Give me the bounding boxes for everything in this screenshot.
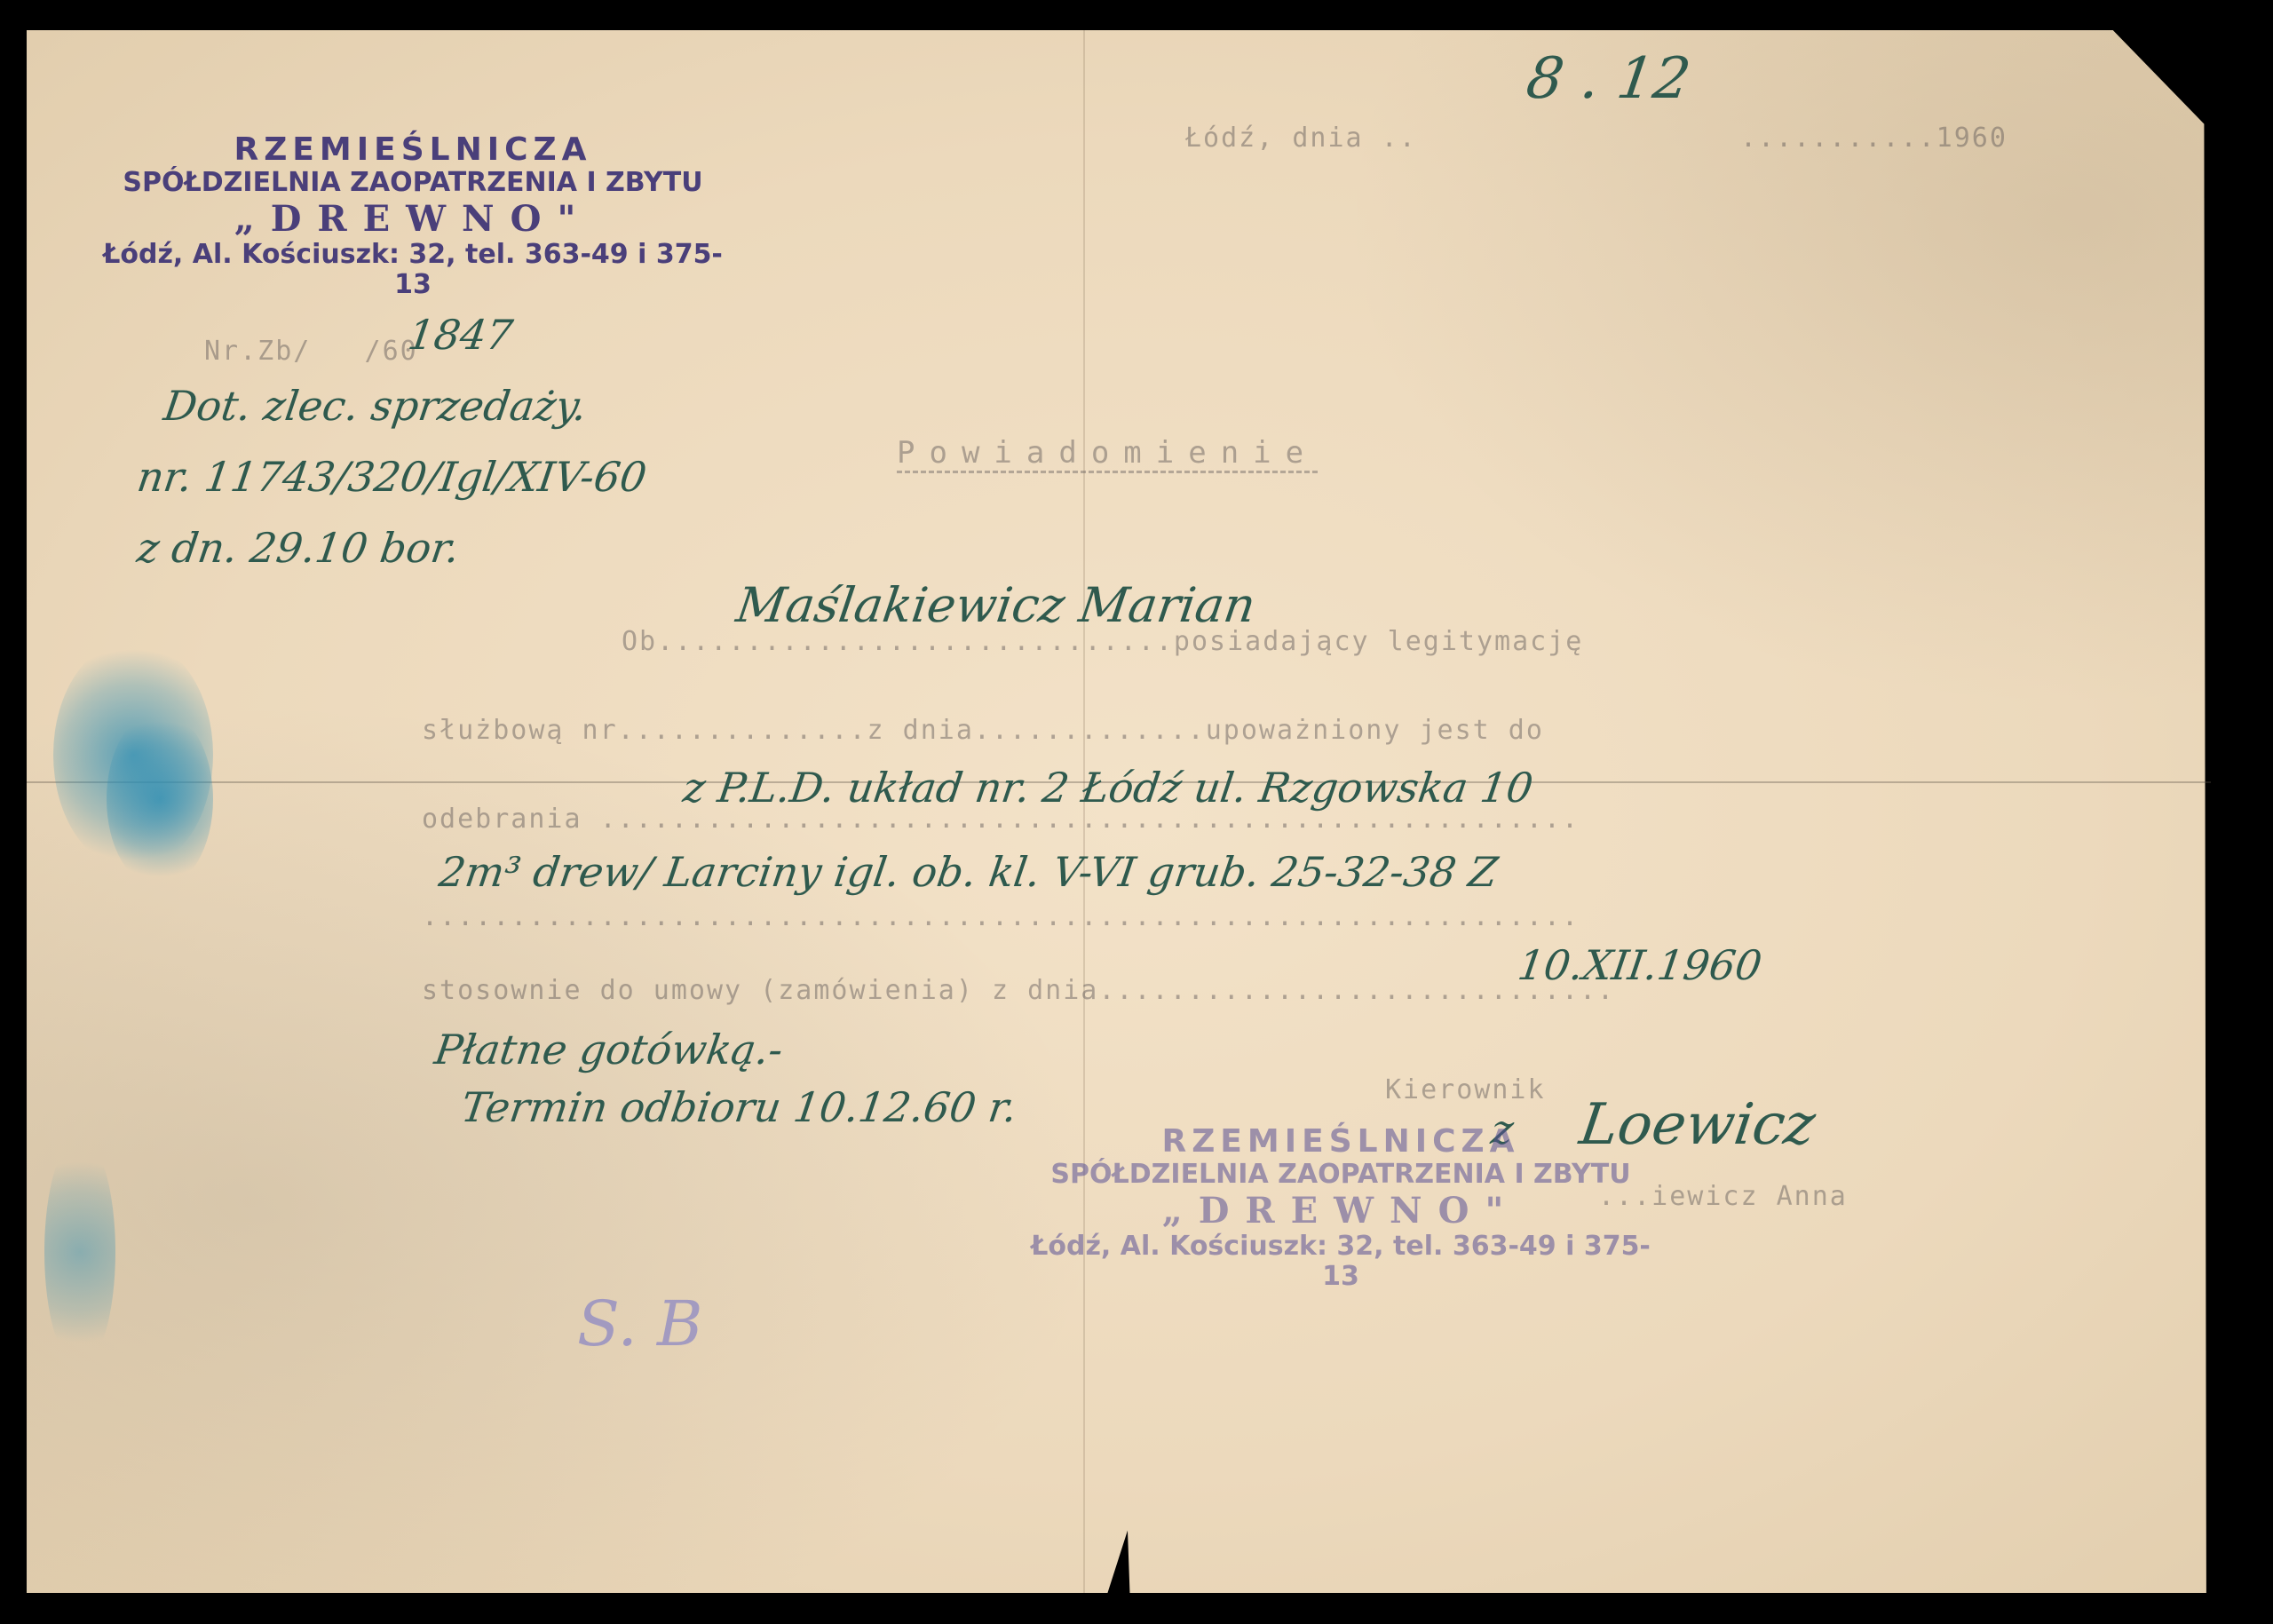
header-stamp: RZEMIEŚLNICZA SPÓŁDZIELNIA ZAOPATRZENIA … xyxy=(93,131,733,301)
order-date: 10.XII.1960 xyxy=(1515,941,1765,989)
body-line-4: ........................................… xyxy=(422,901,1580,932)
subject-note-line-2: nr. 11743/320/Igl/XIV-60 xyxy=(134,453,649,501)
stamp-line-2: SPÓŁDZIELNIA ZAOPATRZENIA I ZBYTU xyxy=(93,168,733,199)
stamp-line-3: „DREWNO" xyxy=(93,199,733,240)
reference-typed: Nr.Zb/ /60 xyxy=(204,336,418,367)
subject-note-line-3: z dn. 29.10 bor. xyxy=(134,524,463,572)
ink-stain xyxy=(107,710,213,888)
stamp-line-4: Łódź, Al. Kościuszk: 32, tel. 363-49 i 3… xyxy=(1021,1232,1660,1293)
date-typed-prefix: Łódź, dnia .. xyxy=(1185,123,1417,154)
subject-note-line-1: Dot. zlec. sprzedaży. xyxy=(161,382,590,430)
footer-stamp: RZEMIEŚLNICZA SPÓŁDZIELNIA ZAOPATRZENIA … xyxy=(1021,1123,1660,1293)
addressee-name: Maślakiewicz Marian xyxy=(733,577,1259,633)
ink-stain xyxy=(44,1137,115,1367)
pencil-marks: S. B xyxy=(577,1287,702,1360)
pickup-location: z P.L.D. układ nr. 2 Łódź ul. Rzgowska 1… xyxy=(680,764,1536,812)
reference-number: 1847 xyxy=(405,311,516,359)
stamp-line-4: Łódź, Al. Kościuszk: 32, tel. 363-49 i 3… xyxy=(93,240,733,301)
date-typed-suffix: ...........1960 xyxy=(1740,123,2008,154)
body-line-2: służbową nr..............z dnia.........… xyxy=(422,715,1544,746)
stamp-line-1: RZEMIEŚLNICZA xyxy=(1021,1123,1660,1160)
stamp-line-2: SPÓŁDZIELNIA ZAOPATRZENIA I ZBYTU xyxy=(1021,1160,1660,1191)
signature-typed-label: Kierownik xyxy=(1385,1074,1546,1105)
stamp-line-3: „DREWNO" xyxy=(1021,1191,1660,1232)
body-line-1: Ob.............................posiadają… xyxy=(622,626,1583,657)
stamp-line-1: RZEMIEŚLNICZA xyxy=(93,131,733,168)
date-handwritten: 8 . 12 xyxy=(1523,46,1695,112)
payment-note-line-2: Termin odbioru 10.12.60 r. xyxy=(458,1083,1020,1131)
body-line-5: stosownie do umowy (zamówienia) z dnia..… xyxy=(422,975,1615,1006)
document-title: Powiadomienie xyxy=(897,435,1318,473)
goods-description: 2m³ drew/ Larciny igl. ob. kl. V-VI grub… xyxy=(436,848,1501,896)
payment-note-line-1: Płatne gotówką.- xyxy=(432,1026,786,1073)
